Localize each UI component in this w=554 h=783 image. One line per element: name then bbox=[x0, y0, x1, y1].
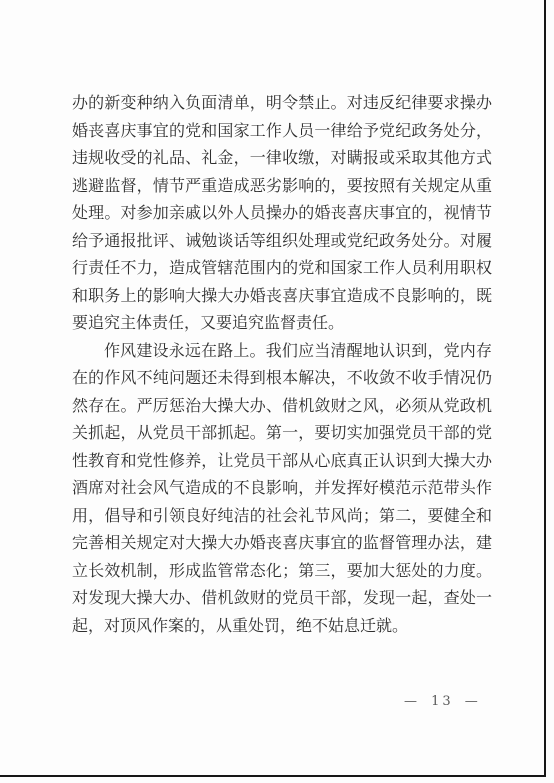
scan-page-edge-bottom bbox=[0, 775, 546, 777]
text-line: 然存在。严厉惩治大操大办、借机敛财之风，必须从党政机 bbox=[72, 392, 492, 420]
body-text: 办的新变种纳入负面清单，明令禁止。对违反纪律要求操办婚丧喜庆事宜的党和国家工作人… bbox=[72, 89, 492, 639]
text-line: 违规收受的礼品、礼金，一律收缴，对瞒报或采取其他方式 bbox=[72, 144, 492, 172]
scan-page-edge-right bbox=[544, 0, 546, 777]
text-line: 在的作风不纯问题还未得到根本解决，不收敛不收手情况仍 bbox=[72, 364, 492, 392]
document-page: 办的新变种纳入负面清单，明令禁止。对违反纪律要求操办婚丧喜庆事宜的党和国家工作人… bbox=[0, 0, 554, 783]
text-line: 完善相关规定对大操大办婚丧喜庆事宜的监督管理办法，建 bbox=[72, 529, 492, 557]
text-line: 性教育和党性修养，让党员干部从心底真正认识到大操大办 bbox=[72, 447, 492, 475]
text-line: 作风建设永远在路上。我们应当清醒地认识到，党内存 bbox=[72, 337, 492, 365]
text-line: 要追究主体责任，又要追究监督责任。 bbox=[72, 309, 492, 337]
text-line: 和职务上的影响大操大办婚丧喜庆事宜造成不良影响的，既 bbox=[72, 282, 492, 310]
text-line: 婚丧喜庆事宜的党和国家工作人员一律给予党纪政务处分， bbox=[72, 117, 492, 145]
text-line: 关抓起，从党员干部抓起。第一，要切实加强党员干部的党 bbox=[72, 419, 492, 447]
page-number: — 13 — bbox=[404, 694, 481, 709]
text-line: 酒席对社会风气造成的不良影响，并发挥好模范示范带头作 bbox=[72, 474, 492, 502]
text-line: 对发现大操大办、借机敛财的党员干部，发现一起，查处一 bbox=[72, 584, 492, 612]
text-line: 起，对顶风作案的，从重处罚，绝不姑息迁就。 bbox=[72, 612, 492, 640]
text-line: 处理。对参加亲戚以外人员操办的婚丧喜庆事宜的，视情节 bbox=[72, 199, 492, 227]
text-line: 办的新变种纳入负面清单，明令禁止。对违反纪律要求操办 bbox=[72, 89, 492, 117]
text-line: 行责任不力，造成管辖范围内的党和国家工作人员利用职权 bbox=[72, 254, 492, 282]
text-line: 给予通报批评、诫勉谈话等组织处理或党纪政务处分。对履 bbox=[72, 227, 492, 255]
text-line: 立长效机制，形成监管常态化；第三，要加大惩处的力度。 bbox=[72, 557, 492, 585]
text-line: 用，倡导和引领良好纯洁的社会礼节风尚；第二，要健全和 bbox=[72, 502, 492, 530]
text-line: 逃避监督，情节严重造成恶劣影响的，要按照有关规定从重 bbox=[72, 172, 492, 200]
